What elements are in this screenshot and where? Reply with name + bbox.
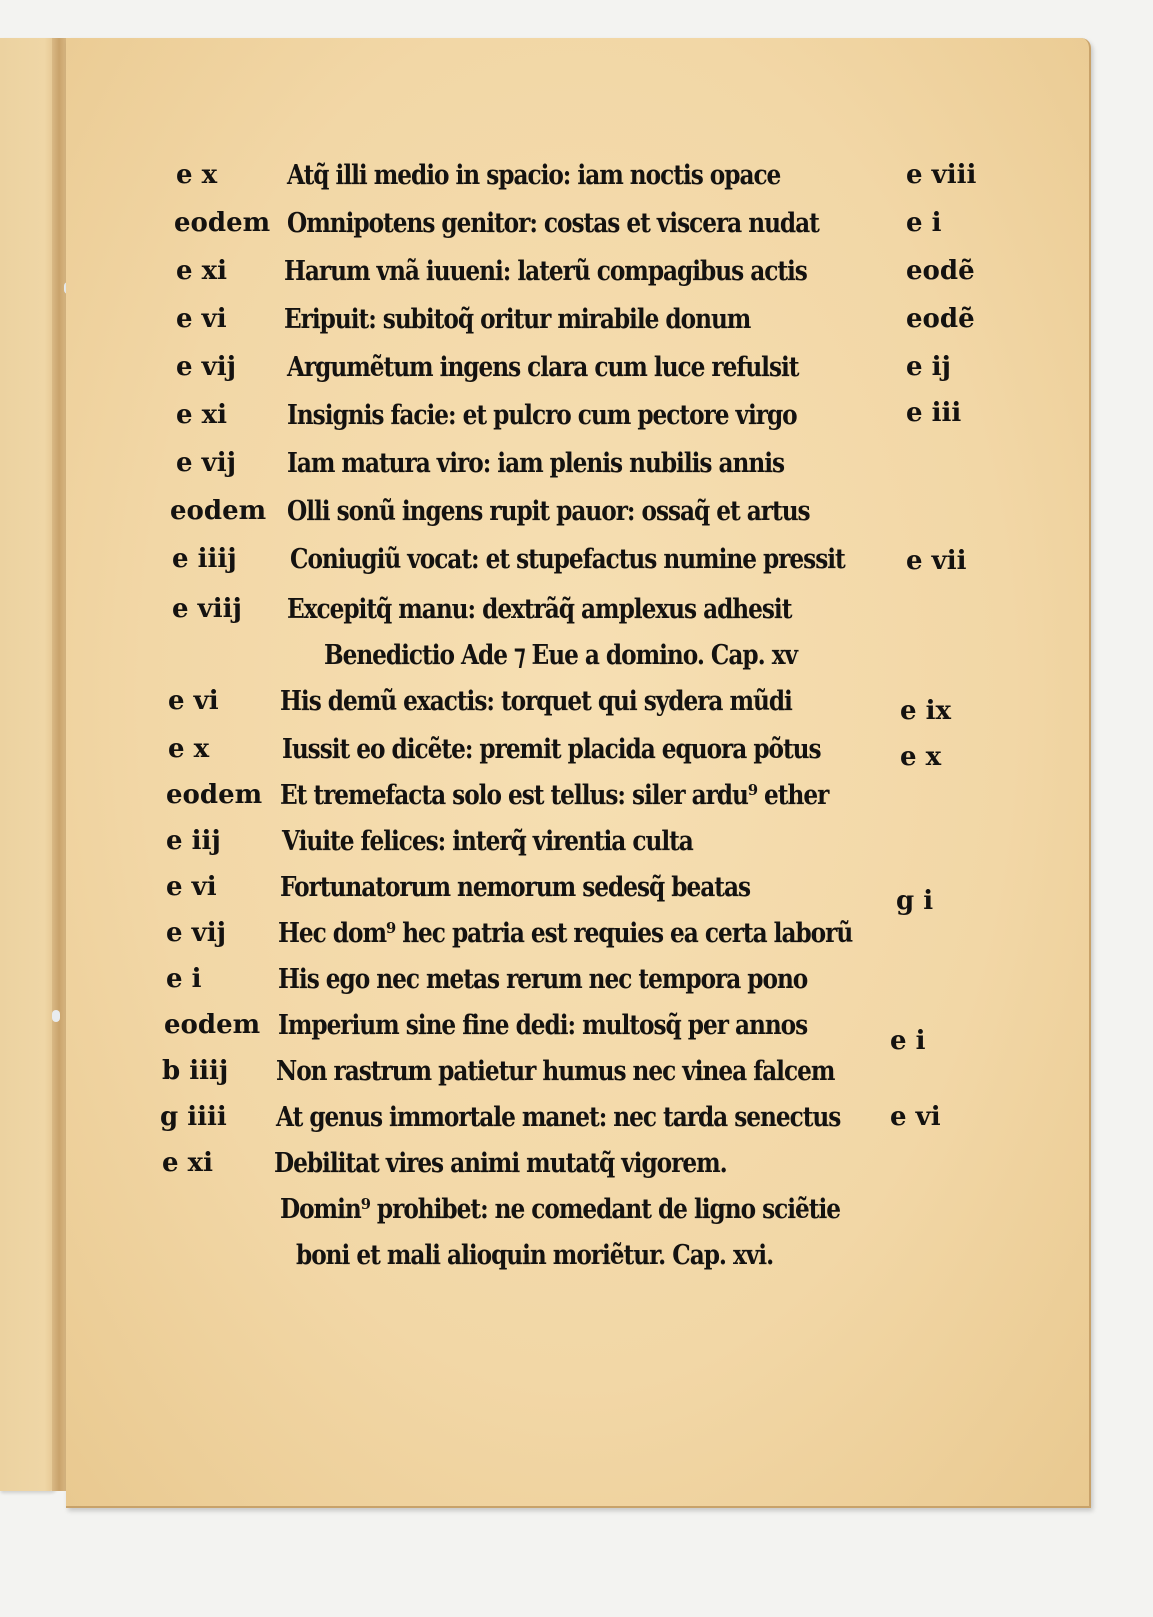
verse-line: Atq̃ illi medio in spacio: iam noctis op… bbox=[287, 160, 780, 191]
margin-ref-left: eodem bbox=[164, 1010, 260, 1040]
margin-ref-right: e iii bbox=[906, 398, 961, 428]
margin-ref-left: e x bbox=[168, 734, 209, 764]
margin-ref-left: e xi bbox=[162, 1148, 213, 1178]
margin-ref-right: e vi bbox=[890, 1102, 941, 1132]
verse-line: Iussit eo dicẽte: premit placida equora … bbox=[282, 734, 821, 765]
margin-ref-right: e ij bbox=[906, 352, 951, 382]
margin-ref-left: eodem bbox=[174, 208, 270, 238]
margin-ref-left: g iiii bbox=[160, 1102, 227, 1132]
margin-ref-left: e vi bbox=[168, 686, 219, 716]
chapter-heading-xvi-line2: boni et mali alioquin moriẽtur. Cap. xvi… bbox=[296, 1240, 773, 1271]
verse-line: Viuite felices: interq̃ virentia culta bbox=[282, 826, 693, 857]
margin-ref-left: e vi bbox=[166, 872, 217, 902]
verse-line: Eripuit: subitoq̃ oritur mirabile donum bbox=[284, 304, 750, 335]
verse-line: At genus immortale manet: nec tarda sene… bbox=[276, 1102, 840, 1133]
verse-line: Iam matura viro: iam plenis nubilis anni… bbox=[287, 448, 784, 479]
verse-line: Imperium sine fine dedi: multosq̃ per an… bbox=[278, 1010, 807, 1041]
verse-line: Non rastrum patietur humus nec vinea fal… bbox=[276, 1056, 834, 1087]
margin-ref-left: eodem bbox=[166, 780, 262, 810]
verse-line: Hec dom⁹ hec patria est requies ea certa… bbox=[278, 918, 852, 949]
margin-ref-left: e iij bbox=[166, 826, 221, 856]
verse-line: Argumẽtum ingens clara cum luce refulsit bbox=[287, 352, 799, 383]
margin-ref-right: e i bbox=[890, 1026, 925, 1056]
verse-line: Fortunatorum nemorum sedesq̃ beatas bbox=[280, 872, 750, 903]
margin-ref-left: e vij bbox=[176, 352, 236, 382]
margin-ref-left: e i bbox=[166, 964, 201, 994]
verse-line: Excepitq̃ manu: dextrãq̃ amplexus adhesi… bbox=[287, 594, 791, 625]
margin-ref-left: e xi bbox=[176, 400, 227, 430]
margin-ref-right: eodẽ bbox=[906, 304, 975, 334]
margin-ref-right: e x bbox=[900, 742, 941, 772]
margin-ref-right: g i bbox=[896, 886, 933, 916]
margin-ref-right: e vii bbox=[906, 546, 966, 576]
margin-ref-left: b iiij bbox=[162, 1056, 228, 1086]
verse-line: Coniugiũ vocat: et stupefactus numine pr… bbox=[290, 544, 845, 575]
chapter-heading-xv: Benedictio Ade ⁊ Eue a domino. Cap. xv bbox=[324, 640, 797, 671]
margin-ref-right: e ix bbox=[900, 696, 951, 726]
verse-line: Omnipotens genitor: costas et viscera nu… bbox=[287, 208, 819, 239]
verse-line: Harum vnã iuueni: laterũ compagibus acti… bbox=[284, 256, 807, 287]
adjacent-page-edge bbox=[0, 38, 56, 1491]
chapter-heading-xvi-line1: Domin⁹ prohibet: ne comedant de ligno sc… bbox=[280, 1194, 840, 1225]
margin-ref-left: e viij bbox=[172, 594, 242, 624]
verse-line: Olli sonũ ingens rupit pauor: ossaq̃ et … bbox=[287, 496, 810, 527]
worm-hole bbox=[52, 1010, 60, 1022]
margin-ref-left: e x bbox=[176, 160, 217, 190]
verse-line: Debilitat vires animi mutatq̃ vigorem. bbox=[274, 1148, 727, 1179]
verse-line: His ego nec metas rerum nec tempora pono bbox=[278, 964, 807, 995]
margin-ref-left: e vij bbox=[166, 918, 226, 948]
margin-ref-right: e viii bbox=[906, 160, 976, 190]
verse-line: Et tremefacta solo est tellus: siler ard… bbox=[280, 780, 828, 811]
verse-line: Insignis facie: et pulcro cum pectore vi… bbox=[287, 400, 797, 431]
margin-ref-right: e i bbox=[906, 208, 941, 238]
verse-line: His demũ exactis: torquet qui sydera mũd… bbox=[280, 686, 792, 717]
margin-ref-left: e vi bbox=[176, 304, 227, 334]
margin-ref-right: eodẽ bbox=[906, 256, 975, 286]
margin-ref-left: e iiij bbox=[172, 544, 237, 574]
margin-ref-left: eodem bbox=[170, 496, 266, 526]
margin-ref-left: e xi bbox=[176, 256, 227, 286]
margin-ref-left: e vij bbox=[176, 448, 236, 478]
